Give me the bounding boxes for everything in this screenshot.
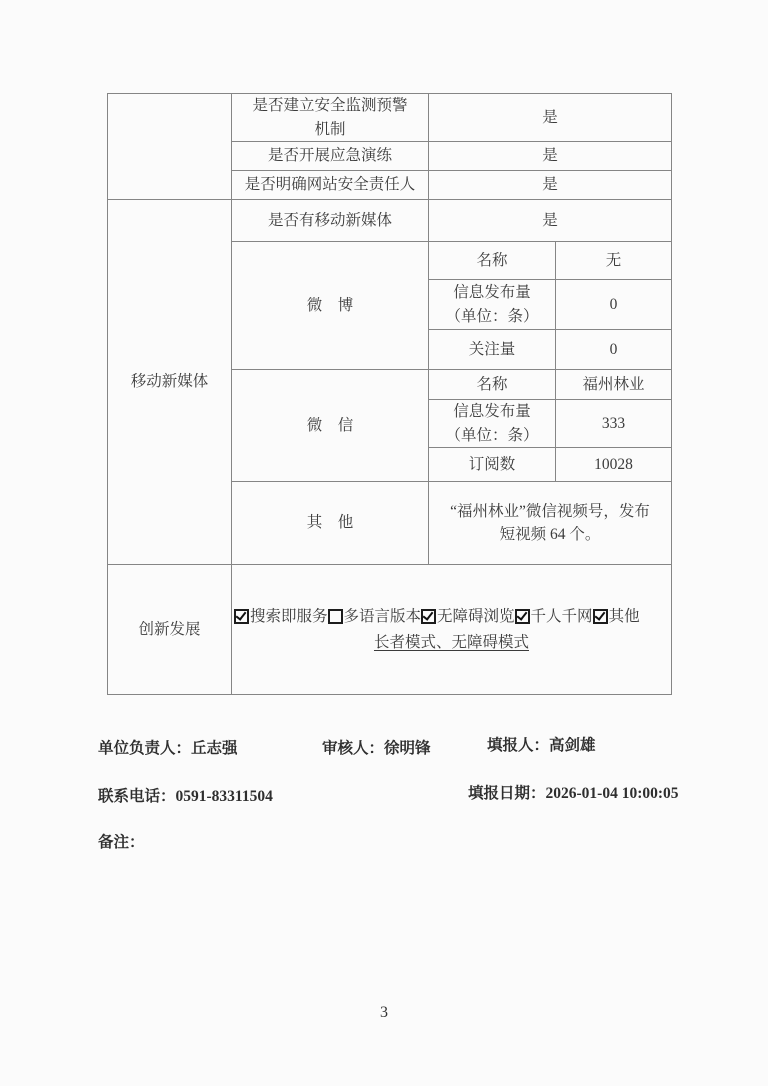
checkbox-accessible-browsing[interactable] bbox=[421, 609, 436, 624]
wechat-posts-value: 333 bbox=[556, 400, 672, 448]
option-other: 其他 bbox=[593, 605, 640, 628]
option-multilingual: 多语言版本 bbox=[328, 605, 422, 628]
checkbox-multilingual[interactable] bbox=[328, 609, 343, 624]
reviewer: 审核人：徐明锋 bbox=[322, 736, 431, 758]
weibo-followers-value: 0 bbox=[556, 330, 672, 370]
report-date: 填报日期：2026-01-04 10:00:05 bbox=[468, 781, 679, 803]
report-date-value: 2026-01-04 10:00:05 bbox=[546, 785, 679, 802]
security-answer-responsible: 是 bbox=[429, 171, 672, 200]
option-personalized-web: 千人千网 bbox=[515, 605, 593, 628]
weibo-name-label: 名称 bbox=[429, 242, 556, 280]
weibo-posts-label: 信息发布量 （单位：条） bbox=[429, 280, 556, 330]
report-table: 是否建立安全监测预警 机制 是 是否开展应急演练 是 是否明确网站安全责任人 是… bbox=[107, 93, 672, 695]
security-question-monitoring: 是否建立安全监测预警 机制 bbox=[232, 94, 429, 142]
mobile-media-answer: 是 bbox=[429, 200, 672, 242]
phone-value: 0591-83311504 bbox=[176, 788, 273, 805]
mobile-media-question: 是否有移动新媒体 bbox=[232, 200, 429, 242]
option-label: 其他 bbox=[609, 605, 640, 628]
security-answer-drill: 是 bbox=[429, 142, 672, 171]
security-answer-monitoring: 是 bbox=[429, 94, 672, 142]
weibo-posts-value: 0 bbox=[556, 280, 672, 330]
other-media-value: “福州林业”微信视频号，发布 短视频 64 个。 bbox=[429, 482, 672, 565]
option-accessible-browsing: 无障碍浏览 bbox=[421, 605, 515, 628]
reviewer-value: 徐明锋 bbox=[384, 740, 431, 757]
section-label-empty bbox=[108, 94, 232, 200]
table-row: 创新发展 搜索即服务 多语言版本 无障碍浏览 bbox=[108, 565, 672, 695]
wechat-subscribers-value: 10028 bbox=[556, 448, 672, 482]
wechat-label: 微 信 bbox=[232, 370, 429, 482]
footer-contact: 联系电话：0591-83311504 填报日期：2026-01-04 10:00… bbox=[98, 784, 718, 806]
checkbox-personalized-web[interactable] bbox=[515, 609, 530, 624]
wechat-name-value: 福州林业 bbox=[556, 370, 672, 400]
page-number: 3 bbox=[0, 1004, 768, 1022]
footer-notes: 备注： bbox=[98, 830, 718, 852]
section-label-innovation: 创新发展 bbox=[108, 565, 232, 695]
option-label: 搜索即服务 bbox=[250, 605, 328, 628]
phone-label: 联系电话： bbox=[98, 788, 176, 805]
document-page: 是否建立安全监测预警 机制 是 是否开展应急演练 是 是否明确网站安全责任人 是… bbox=[0, 0, 768, 1086]
unit-head-label: 单位负责人： bbox=[98, 740, 191, 757]
option-label: 多语言版本 bbox=[344, 605, 422, 628]
wechat-subscribers-label: 订阅数 bbox=[429, 448, 556, 482]
checkbox-other[interactable] bbox=[593, 609, 608, 624]
unit-head-value: 丘志强 bbox=[191, 740, 238, 757]
wechat-name-label: 名称 bbox=[429, 370, 556, 400]
footer-signatories: 单位负责人：丘志强 审核人：徐明锋 填报人：高剑雄 bbox=[98, 736, 718, 758]
filler-label: 填报人： bbox=[487, 737, 549, 754]
unit-head: 单位负责人：丘志强 bbox=[98, 736, 238, 758]
option-label: 无障碍浏览 bbox=[437, 605, 515, 628]
phone: 联系电话：0591-83311504 bbox=[98, 784, 273, 806]
innovation-other-detail: 长者模式、无障碍模式 bbox=[234, 631, 669, 654]
checkbox-search-service[interactable] bbox=[234, 609, 249, 624]
innovation-checkbox-row: 搜索即服务 多语言版本 无障碍浏览 千人千网 bbox=[234, 605, 669, 628]
weibo-name-value: 无 bbox=[556, 242, 672, 280]
security-question-drill: 是否开展应急演练 bbox=[232, 142, 429, 171]
filler-value: 高剑雄 bbox=[549, 737, 596, 754]
report-date-label: 填报日期： bbox=[468, 785, 546, 802]
notes-label: 备注： bbox=[98, 830, 145, 852]
other-media-label: 其 他 bbox=[232, 482, 429, 565]
section-label-mobile-media: 移动新媒体 bbox=[108, 200, 232, 565]
table-row: 是否建立安全监测预警 机制 是 bbox=[108, 94, 672, 142]
security-question-responsible: 是否明确网站安全责任人 bbox=[232, 171, 429, 200]
option-search-service: 搜索即服务 bbox=[234, 605, 328, 628]
option-label: 千人千网 bbox=[531, 605, 593, 628]
wechat-posts-label: 信息发布量 （单位：条） bbox=[429, 400, 556, 448]
weibo-label: 微 博 bbox=[232, 242, 429, 370]
reviewer-label: 审核人： bbox=[322, 740, 384, 757]
weibo-followers-label: 关注量 bbox=[429, 330, 556, 370]
innovation-cell: 搜索即服务 多语言版本 无障碍浏览 千人千网 bbox=[232, 565, 672, 695]
table-row: 移动新媒体 是否有移动新媒体 是 bbox=[108, 200, 672, 242]
filler: 填报人：高剑雄 bbox=[487, 733, 596, 755]
